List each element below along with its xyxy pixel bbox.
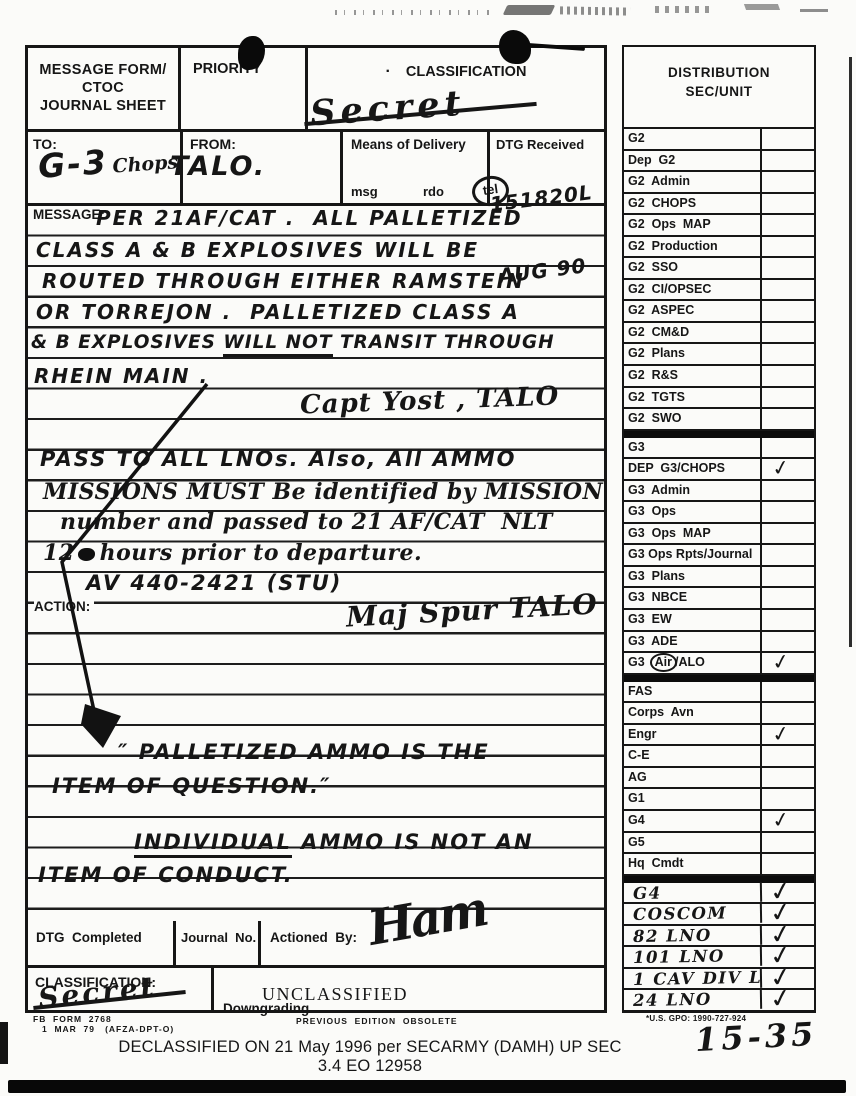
distribution-unit-label: G3 Plans <box>624 567 762 587</box>
scan-edge-line <box>849 57 852 647</box>
distribution-row: Hq Cmdt <box>624 854 814 876</box>
distribution-row: G4✓ <box>624 811 814 833</box>
message-line-2: CLASS A & B EXPLOSIVES WILL BE <box>36 238 479 262</box>
from-handwritten-value: TALO. <box>170 151 266 182</box>
distribution-unit-label: G5 <box>624 833 762 853</box>
distribution-row: G2 CHOPS <box>624 194 814 216</box>
distribution-unit-label: Hq Cmdt <box>624 854 762 874</box>
distribution-check-cell <box>762 215 814 235</box>
distribution-section-divider <box>624 431 814 438</box>
message-line-1: PER 21AF/CAT . ALL PALLETIZED <box>96 206 523 230</box>
form-title-line: MESSAGE FORM/ <box>28 61 178 79</box>
form-title-line: JOURNAL SHEET <box>28 97 178 115</box>
distribution-row: G2 R&S <box>624 366 814 388</box>
distribution-unit-handwritten: 82 LNO <box>624 924 762 946</box>
distribution-section-divider <box>624 675 814 682</box>
bullet-dot: · <box>386 63 391 80</box>
form-number: FB FORM 2768 <box>33 1014 112 1024</box>
distribution-check-cell <box>762 632 814 652</box>
distribution-check-cell <box>762 409 814 429</box>
distribution-unit-label: G2 <box>624 129 762 149</box>
annotation-arrow <box>45 372 230 772</box>
distribution-row: DEP G3/CHOPS✓ <box>624 459 814 481</box>
distribution-unit-label: G3 Ops Rpts/Journal <box>624 545 762 565</box>
scan-noise <box>800 9 828 12</box>
distribution-rows: G2Dep G2G2 AdminG2 CHOPSG2 Ops MAPG2 Pro… <box>624 129 814 1011</box>
distribution-unit-label: C-E <box>624 746 762 766</box>
distribution-unit-label: G2 SWO <box>624 409 762 429</box>
scan-noise <box>560 6 630 15</box>
distribution-check-cell <box>762 682 814 702</box>
distribution-row: G3 Ops Rpts/Journal <box>624 545 814 567</box>
distribution-check-cell <box>762 194 814 214</box>
distribution-check-cell <box>762 438 814 458</box>
distribution-check-cell <box>762 172 814 192</box>
distribution-check-cell <box>762 703 814 723</box>
distribution-unit-label: G2 R&S <box>624 366 762 386</box>
distribution-row: G2 SSO <box>624 258 814 280</box>
form-date: 1 MAR 79 (AFZA-DPT-O) <box>42 1024 174 1034</box>
distribution-unit-label: G2 CI/OPSEC <box>624 280 762 300</box>
message-line-4: OR TORREJON . PALLETIZED CLASS A <box>36 300 520 324</box>
distribution-check-cell <box>762 833 814 853</box>
distribution-unit-label: G3 EW <box>624 610 762 630</box>
distribution-check-cell <box>762 854 814 874</box>
distribution-row: FAS <box>624 682 814 704</box>
distribution-unit-label: G2 TGTS <box>624 388 762 408</box>
scan-noise <box>503 5 556 15</box>
distribution-row: AG <box>624 768 814 790</box>
distribution-unit-handwritten: G4 <box>624 881 762 903</box>
previous-edition-note: PREVIOUS EDITION OBSOLETE <box>296 1016 458 1026</box>
distribution-header-line: SEC/UNIT <box>624 82 814 101</box>
distribution-check-cell <box>762 545 814 565</box>
checkmark: ✓ <box>770 455 792 482</box>
delivery-option-rdo: rdo <box>423 184 444 199</box>
form-title-line: CTOC <box>28 79 178 97</box>
distribution-check-cell <box>762 151 814 171</box>
handwritten-page-number: 15-35 <box>694 1015 818 1059</box>
message-line-5: & B EXPLOSIVES WILL NOT TRANSIT THROUGH <box>31 332 555 353</box>
checkmark: ✓ <box>770 807 792 834</box>
distribution-unit-label: FAS <box>624 682 762 702</box>
distribution-row: G2 CM&D <box>624 323 814 345</box>
distribution-unit-handwritten: 1 CAV DIV LNO <box>624 968 762 990</box>
distribution-unit-label: Engr <box>624 725 762 745</box>
distribution-unit-label: G2 Production <box>624 237 762 257</box>
note-line-2: ITEM OF CONDUCT. <box>38 863 294 887</box>
distribution-unit-label: DEP G3/CHOPS <box>624 459 762 479</box>
distribution-unit-label: G2 Admin <box>624 172 762 192</box>
distribution-unit-label: G1 <box>624 789 762 809</box>
distribution-check-cell <box>762 610 814 630</box>
dtg-completed-field: DTG Completed <box>28 921 176 965</box>
distribution-row: G3 Air/ALO✓ <box>624 653 814 675</box>
distribution-check-cell: ✓ <box>762 990 814 1010</box>
distribution-check-cell <box>762 280 814 300</box>
distribution-check-cell <box>762 129 814 149</box>
declassification-note: DECLASSIFIED ON 21 May 1996 per SECARMY … <box>110 1038 630 1076</box>
underlined-emphasis: WILL NOT <box>223 332 332 357</box>
underlined-emphasis: INDIVIDUAL <box>134 830 292 858</box>
distribution-row: G2 TGTS <box>624 388 814 410</box>
distribution-unit-label: G2 ASPEC <box>624 301 762 321</box>
distribution-check-cell <box>762 567 814 587</box>
distribution-row: G2 ASPEC <box>624 301 814 323</box>
downgrading-label: Downgrading <box>223 1001 604 1016</box>
distribution-unit-label: G2 Plans <box>624 344 762 364</box>
distribution-unit-label: G2 Ops MAP <box>624 215 762 235</box>
distribution-row: G3 Admin <box>624 481 814 503</box>
distribution-unit-handwritten: 24 LNO <box>624 989 762 1011</box>
delivery-label: Means of Delivery <box>351 137 466 152</box>
distribution-unit-label: G3 Air/ALO <box>624 653 762 673</box>
scan-edge-mark <box>0 1022 8 1064</box>
distribution-check-cell <box>762 768 814 788</box>
distribution-unit-label: AG <box>624 768 762 788</box>
form-title: MESSAGE FORM/ CTOC JOURNAL SHEET <box>28 48 181 129</box>
distribution-row: G3 Plans <box>624 567 814 589</box>
quote-line-2: ITEM OF QUESTION.″ <box>52 774 332 798</box>
distribution-check-cell <box>762 746 814 766</box>
distribution-check-cell: ✓ <box>762 459 814 479</box>
distribution-row: G2 SWO <box>624 409 814 431</box>
classification-label: CLASSIFICATION <box>406 64 527 80</box>
distribution-row: G2 Ops MAP <box>624 215 814 237</box>
distribution-header-line: DISTRIBUTION <box>624 63 814 82</box>
distribution-row: G3 Ops <box>624 502 814 524</box>
distribution-row: G3 Ops MAP <box>624 524 814 546</box>
distribution-check-cell <box>762 502 814 522</box>
distribution-row: G2 Plans <box>624 344 814 366</box>
ink-blob <box>499 30 531 64</box>
distribution-row: G5 <box>624 833 814 855</box>
distribution-row: C-E <box>624 746 814 768</box>
distribution-unit-handwritten: 101 LNO <box>624 946 762 968</box>
distribution-row: Engr✓ <box>624 725 814 747</box>
distribution-unit-label: G3 <box>624 438 762 458</box>
distribution-unit-handwritten: COSCOM <box>624 903 762 925</box>
distribution-row: G2 Admin <box>624 172 814 194</box>
distribution-unit-label: G2 SSO <box>624 258 762 278</box>
distribution-check-cell <box>762 789 814 809</box>
distribution-unit-label: G3 Ops MAP <box>624 524 762 544</box>
delivery-option-msg: msg <box>351 184 378 199</box>
distribution-check-cell <box>762 388 814 408</box>
distribution-row: G2 CI/OPSEC <box>624 280 814 302</box>
scan-bottom-bar <box>8 1080 846 1093</box>
distribution-row: G2 <box>624 129 814 151</box>
distribution-unit-label: G3 Ops <box>624 502 762 522</box>
distribution-row: Dep G2 <box>624 151 814 173</box>
scan-noise <box>335 10 495 15</box>
from-label: FROM: <box>190 136 236 152</box>
downgrading-field: UNCLASSIFIED Downgrading <box>211 968 604 1013</box>
distribution-check-cell <box>762 258 814 278</box>
distribution-header: DISTRIBUTION SEC/UNIT <box>624 47 814 129</box>
distribution-row: G3 NBCE <box>624 588 814 610</box>
distribution-check-cell <box>762 366 814 386</box>
distribution-check-cell <box>762 237 814 257</box>
circled-annotation: Air <box>650 653 677 672</box>
distribution-unit-label: G3 Admin <box>624 481 762 501</box>
distribution-check-cell <box>762 481 814 501</box>
distribution-check-cell <box>762 344 814 364</box>
checkmark: ✓ <box>770 649 792 676</box>
distribution-unit-label: G2 CM&D <box>624 323 762 343</box>
distribution-unit-label: Dep G2 <box>624 151 762 171</box>
distribution-row: G3 EW <box>624 610 814 632</box>
distribution-unit-label: G3 NBCE <box>624 588 762 608</box>
scanned-message-form-page: MESSAGE FORM/ CTOC JOURNAL SHEET PRIORIT… <box>0 0 856 1096</box>
distribution-unit-label: G3 ADE <box>624 632 762 652</box>
distribution-check-cell: ✓ <box>762 811 814 831</box>
distribution-check-cell <box>762 588 814 608</box>
distribution-unit-label: G2 CHOPS <box>624 194 762 214</box>
distribution-check-cell <box>762 524 814 544</box>
journal-no-field: Journal No. <box>176 921 261 965</box>
scan-noise <box>744 4 780 10</box>
distribution-check-cell: ✓ <box>762 725 814 745</box>
checkmark: ✓ <box>770 720 792 747</box>
distribution-row: G2 Production <box>624 237 814 259</box>
distribution-unit-label: Corps Avn <box>624 703 762 723</box>
distribution-check-cell <box>762 301 814 321</box>
scan-noise <box>655 6 715 13</box>
distribution-panel: DISTRIBUTION SEC/UNIT G2Dep G2G2 AdminG2… <box>622 45 816 1013</box>
distribution-check-cell <box>762 323 814 343</box>
note-line-1: INDIVIDUAL AMMO IS NOT AN <box>134 830 534 854</box>
message-line-3: ROUTED THROUGH EITHER RAMSTEIN <box>42 269 525 293</box>
distribution-unit-label: G4 <box>624 811 762 831</box>
distribution-check-cell: ✓ <box>762 653 814 673</box>
completion-row: DTG Completed Journal No. Actioned By: <box>28 921 604 968</box>
distribution-row: 24 LNO✓ <box>624 990 814 1012</box>
